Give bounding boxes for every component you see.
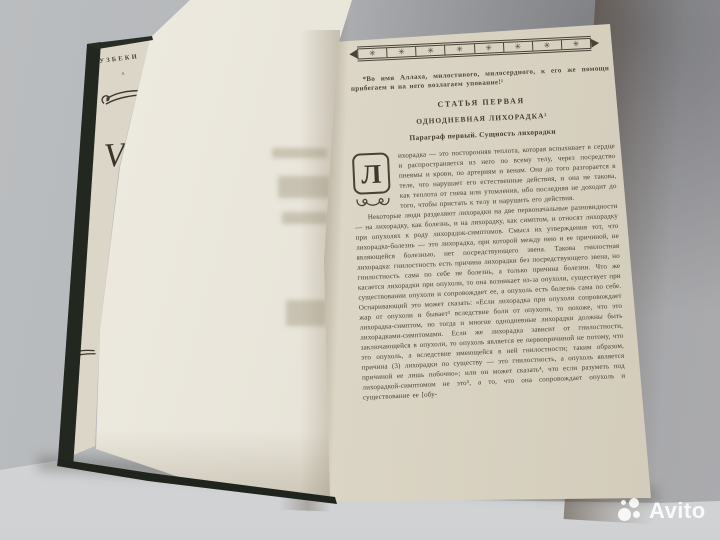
showthrough-smudge (272, 148, 327, 158)
right-page-content: ✳ ✳ ✳ ✳ ✳ ✳ ✳ ✳ *Во имя Аллаха, милостив… (347, 35, 626, 403)
ornament-motif-icon: ✳ (386, 47, 416, 57)
showthrough-smudge (286, 300, 326, 326)
title-page-header: УЗБЕКИ (99, 53, 139, 65)
avito-watermark: Avito (618, 498, 706, 524)
epigraph: *Во имя Аллаха, милостивого, милосердног… (350, 64, 610, 94)
ornament-motif-icon: ✳ (357, 48, 387, 58)
avito-logo-icon (618, 498, 644, 524)
ornament-motif-icon: ✳ (444, 44, 474, 54)
ornament-band-row: ✳ ✳ ✳ ✳ ✳ ✳ ✳ ✳ (357, 36, 591, 62)
ornament-motif-icon: ✳ (532, 40, 562, 50)
ornament-motif-icon: ✳ (415, 46, 445, 56)
paragraph-2: Некоторые люди разделяют лихорадки на дв… (355, 201, 626, 403)
book-photo: ✳ ✳ ✳ ✳ ✳ ✳ ✳ ✳ *Во имя Аллаха, милостив… (0, 0, 720, 540)
showthrough-smudge (278, 176, 330, 198)
dropcap-flourish-icon (354, 194, 393, 209)
paragraph-1-text: ихорадка — это посторонняя теплота, кото… (398, 142, 617, 210)
showthrough-smudge (282, 212, 328, 224)
ornament-band-cap-icon (349, 50, 357, 59)
ornament-motif-icon: ✳ (503, 42, 533, 52)
body-text: Л ихорадка — это посторонняя теплота, ко… (352, 141, 626, 403)
title-page-subheader: А (121, 70, 126, 75)
ornament-band: ✳ ✳ ✳ ✳ ✳ ✳ ✳ ✳ (349, 36, 599, 62)
ornament-band-cap-icon (591, 39, 599, 48)
ornament-motif-icon: ✳ (474, 43, 504, 53)
ornament-motif-icon: ✳ (561, 39, 592, 49)
dropcap-letter: Л (352, 152, 391, 195)
dropcap-frame: Л (352, 152, 395, 211)
watermark-brand-text: Avito (649, 498, 706, 524)
